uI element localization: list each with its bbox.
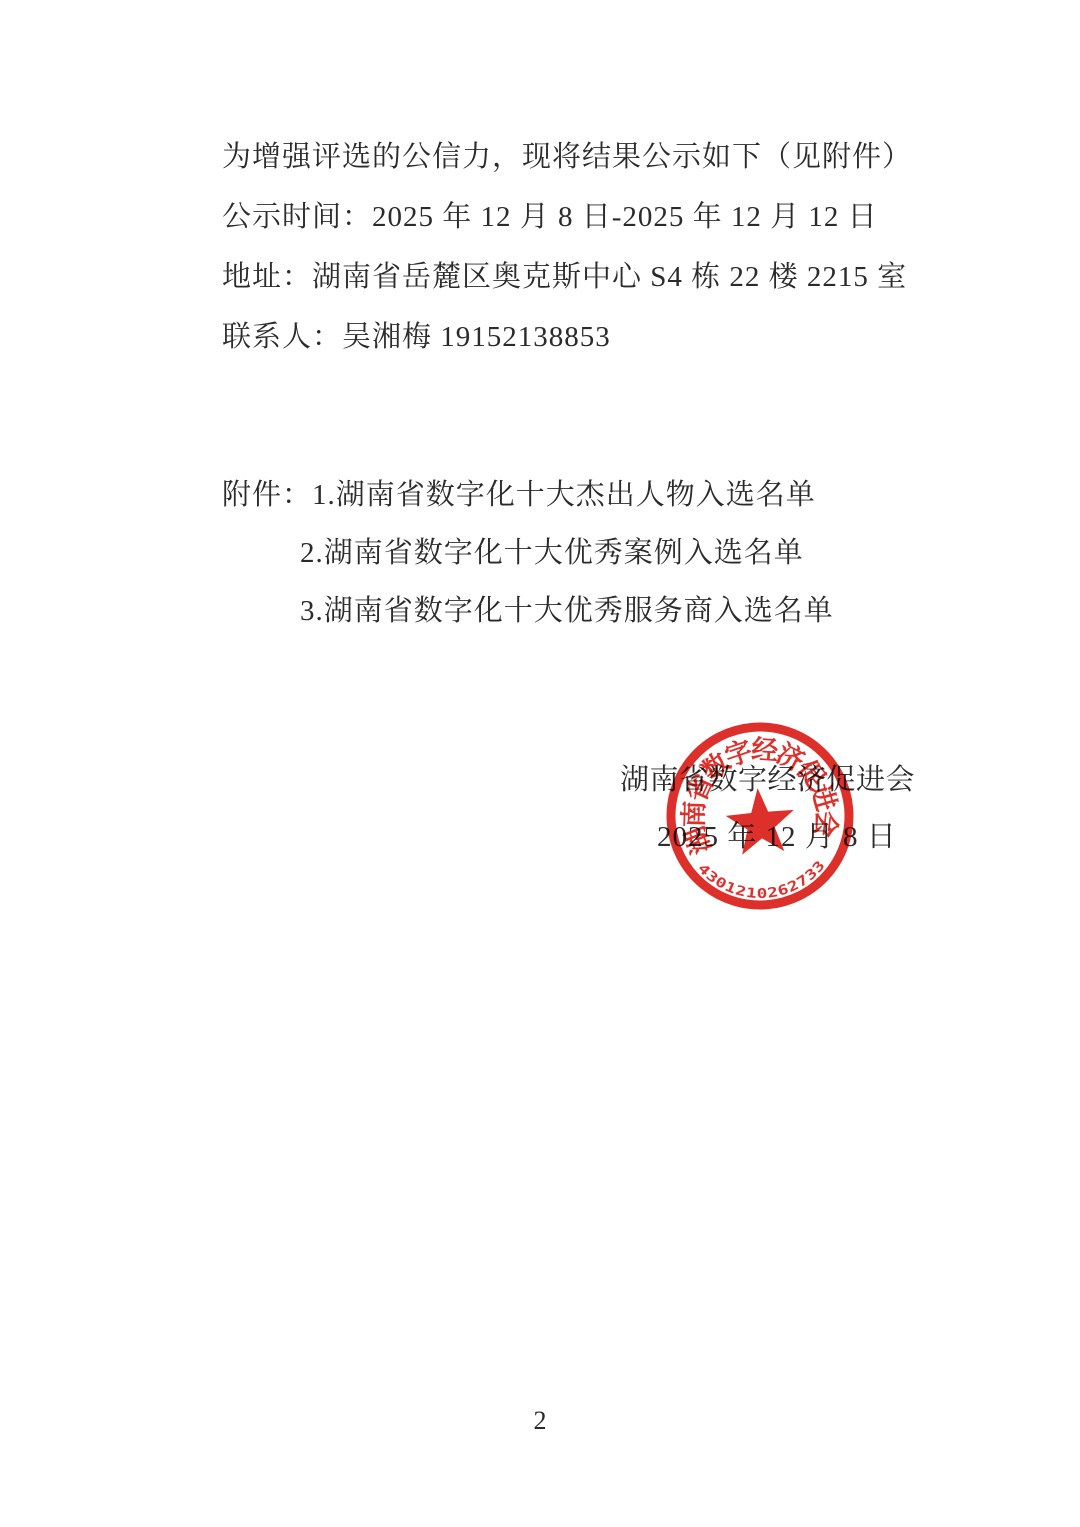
attachment-line: 附件：1.湖南省数字化十大杰出人物入选名单 [222, 478, 816, 513]
star-icon [723, 785, 797, 856]
document-page: 为增强评选的公信力，现将结果公示如下（见附件） 公示时间：2025 年 12 月… [0, 0, 1080, 1527]
page-number: 2 [0, 1406, 1080, 1436]
attachment-item: 2.湖南省数字化十大优秀案例入选名单 [300, 536, 804, 571]
seal-code: 4301210262733 [693, 850, 831, 908]
attachment-item: 1.湖南省数字化十大杰出人物入选名单 [312, 479, 816, 511]
contact-line: 联系人：吴湘梅 19152138853 [222, 320, 611, 355]
address-line: 地址：湖南省岳麓区奥克斯中心 S4 栋 22 楼 2215 室 [222, 260, 907, 295]
official-seal: 湖南省数字经济促进会 4301210262733 [640, 696, 881, 937]
attachment-item: 3.湖南省数字化十大优秀服务商入选名单 [300, 594, 834, 629]
paragraph-line: 为增强评选的公信力，现将结果公示如下（见附件） [222, 140, 912, 175]
publicity-period-line: 公示时间：2025 年 12 月 8 日-2025 年 12 月 12 日 [222, 200, 878, 235]
attachments-label: 附件： [222, 479, 312, 511]
